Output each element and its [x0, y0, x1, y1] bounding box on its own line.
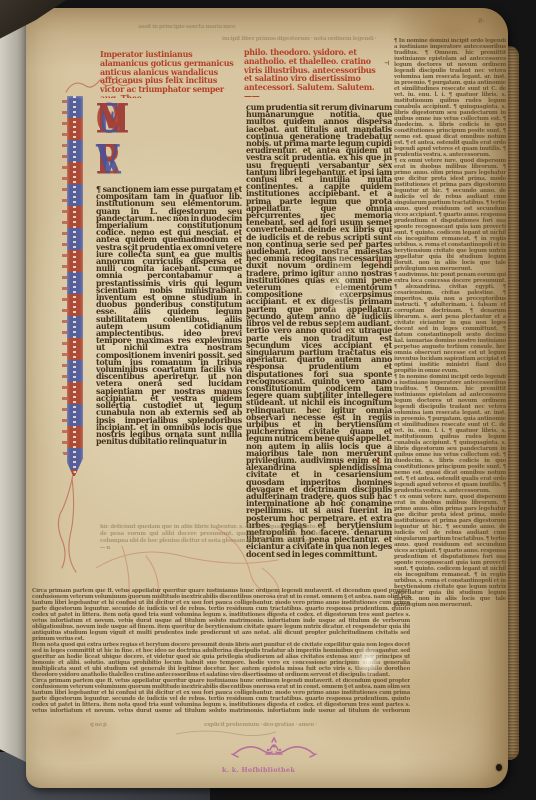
rubric-column-2: philo. theodoro. ysidoro. et anatholio. … [244, 48, 384, 100]
top-margin-note-2: incipit liber primus digestorum · nota o… [222, 36, 392, 46]
library-stamp: k. k. Hofbibliothek [222, 736, 326, 782]
display-letter: V [96, 141, 119, 182]
margin-mark: + [382, 158, 387, 165]
text-column-2: cum prudentia sit rerum divinarum humana… [246, 104, 392, 590]
stamp-emblem-icon [230, 736, 318, 766]
parchment-light-streak [328, 222, 354, 352]
gloss-block: Circa primam partem que ff. vetus appell… [32, 588, 410, 642]
stamp-text: k. k. Hofbibliothek [222, 766, 326, 774]
gloss-block: ¶ ex omni vetere iure. quod dispersum er… [394, 494, 506, 608]
display-capitals-row-2: R E I P V [96, 141, 242, 181]
parchment-blotch [354, 644, 382, 678]
paraph-mark: ¶ [376, 460, 380, 467]
rubric-column-1: Imperator iustinianus alamanicus goticus… [100, 50, 236, 98]
display-letter: M [96, 100, 129, 141]
gloss-block-bottom: Circa primam partem que ff. vetus appell… [32, 588, 410, 712]
bottom-note-left: q̃ no p̃ [90, 722, 120, 732]
manuscript-photo: assit in principio sancta maria meo inci… [0, 0, 536, 800]
gloss-block: ¶ In nomine domini incipit ordo legendi … [394, 374, 506, 494]
margin-mark: ⊣ [384, 60, 389, 67]
gloss-under-column-1: hic deficiunt quedam que in aliis libris… [100, 524, 324, 582]
pointing-arrow-mark: → [376, 308, 381, 315]
top-margin-note: assit in principio sancta maria meo [138, 24, 328, 36]
bottom-colophon-line: explicit prohemium · deo gratias · amen … [204, 722, 374, 732]
gloss-column-right: ¶ In nomine domini incipit ordo legendi … [394, 38, 506, 716]
parchment-page: assit in principio sancta maria meo inci… [26, 8, 508, 788]
display-capitals-row-1: O M N E M [96, 100, 242, 140]
wormhole [496, 764, 502, 771]
initial-bar-filigree [73, 96, 76, 478]
inline-red-mark: ¶ [222, 390, 226, 397]
gloss-block: ¶ audivimus. hic ponit penam eorum qui e… [394, 272, 506, 374]
paraph-mark: ¶ [378, 260, 382, 267]
folio-corner-mark: Ƨ· [478, 18, 484, 25]
text-column-1: ¶ sanctionem iam esse purgatam et compos… [96, 186, 242, 518]
gloss-block: ¶ In nomine domini incipit ordo legendi … [394, 38, 506, 158]
decorated-initial-bar [62, 96, 88, 478]
gloss-block: ¶ ex omni vetere iure. quod dispersum er… [394, 158, 506, 272]
initial-bar-penwork [62, 100, 67, 467]
gloss-block: Circa primam partem que ff. vetus appell… [32, 678, 410, 712]
margin-mark: + [380, 380, 385, 387]
